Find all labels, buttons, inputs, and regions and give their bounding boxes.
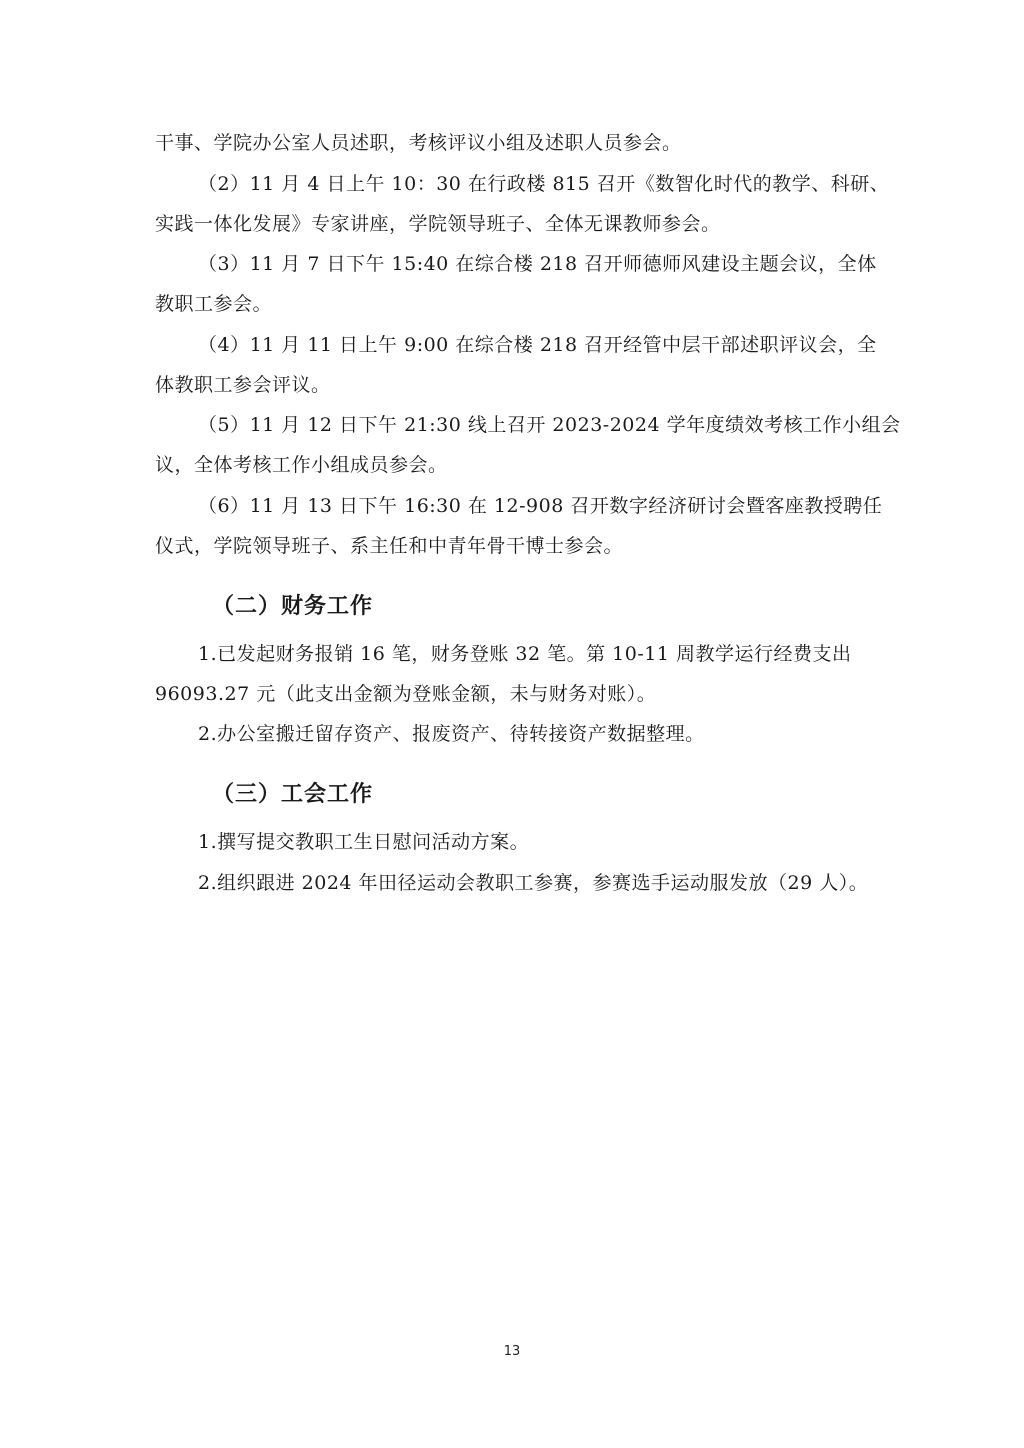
paragraph-line: 体教职工参会评议。 bbox=[155, 371, 875, 399]
paragraph-line: 1.撰写提交教职工生日慰问活动方案。 bbox=[198, 828, 918, 856]
paragraph-line: 1.已发起财务报销 16 笔，财务登账 32 笔。第 10-11 周教学运行经费… bbox=[198, 640, 918, 668]
page-number: 13 bbox=[0, 1344, 1024, 1359]
section-heading-union: （三）工会工作 bbox=[212, 780, 373, 810]
paragraph-line: （6）11 月 13 日下午 16:30 在 12-908 召开数字经济研讨会暨… bbox=[198, 492, 918, 520]
paragraph-line: （3）11 月 7 日下午 15:40 在综合楼 218 召开师德师风建设主题会… bbox=[198, 250, 918, 278]
paragraph-line: 教职工参会。 bbox=[155, 290, 875, 318]
paragraph-line: （5）11 月 12 日下午 21:30 线上召开 2023-2024 学年度绩… bbox=[198, 411, 918, 439]
paragraph-line: 2.办公室搬迁留存资产、报废资产、待转接资产数据整理。 bbox=[198, 720, 918, 748]
paragraph-line: （4）11 月 11 日上午 9:00 在综合楼 218 召开经管中层干部述职评… bbox=[198, 331, 918, 359]
paragraph-line: 议，全体考核工作小组成员参会。 bbox=[155, 451, 875, 479]
paragraph-line: 96093.27 元（此支出金额为登账金额，未与财务对账）。 bbox=[155, 680, 875, 708]
paragraph-line: 实践一体化发展》专家讲座，学院领导班子、全体无课教师参会。 bbox=[155, 210, 875, 238]
paragraph-line: 2.组织跟进 2024 年田径运动会教职工参赛，参赛选手运动服发放（29 人）。 bbox=[198, 869, 918, 897]
paragraph-line: 仪式，学院领导班子、系主任和中青年骨干博士参会。 bbox=[155, 532, 875, 560]
paragraph-line: （2）11 月 4 日上午 10：30 在行政楼 815 召开《数智化时代的教学… bbox=[198, 170, 918, 198]
document-page: 干事、学院办公室人员述职，考核评议小组及述职人员参会。 （2）11 月 4 日上… bbox=[0, 0, 1024, 1448]
section-heading-finance: （二）财务工作 bbox=[212, 592, 373, 622]
paragraph-line: 干事、学院办公室人员述职，考核评议小组及述职人员参会。 bbox=[155, 129, 875, 157]
